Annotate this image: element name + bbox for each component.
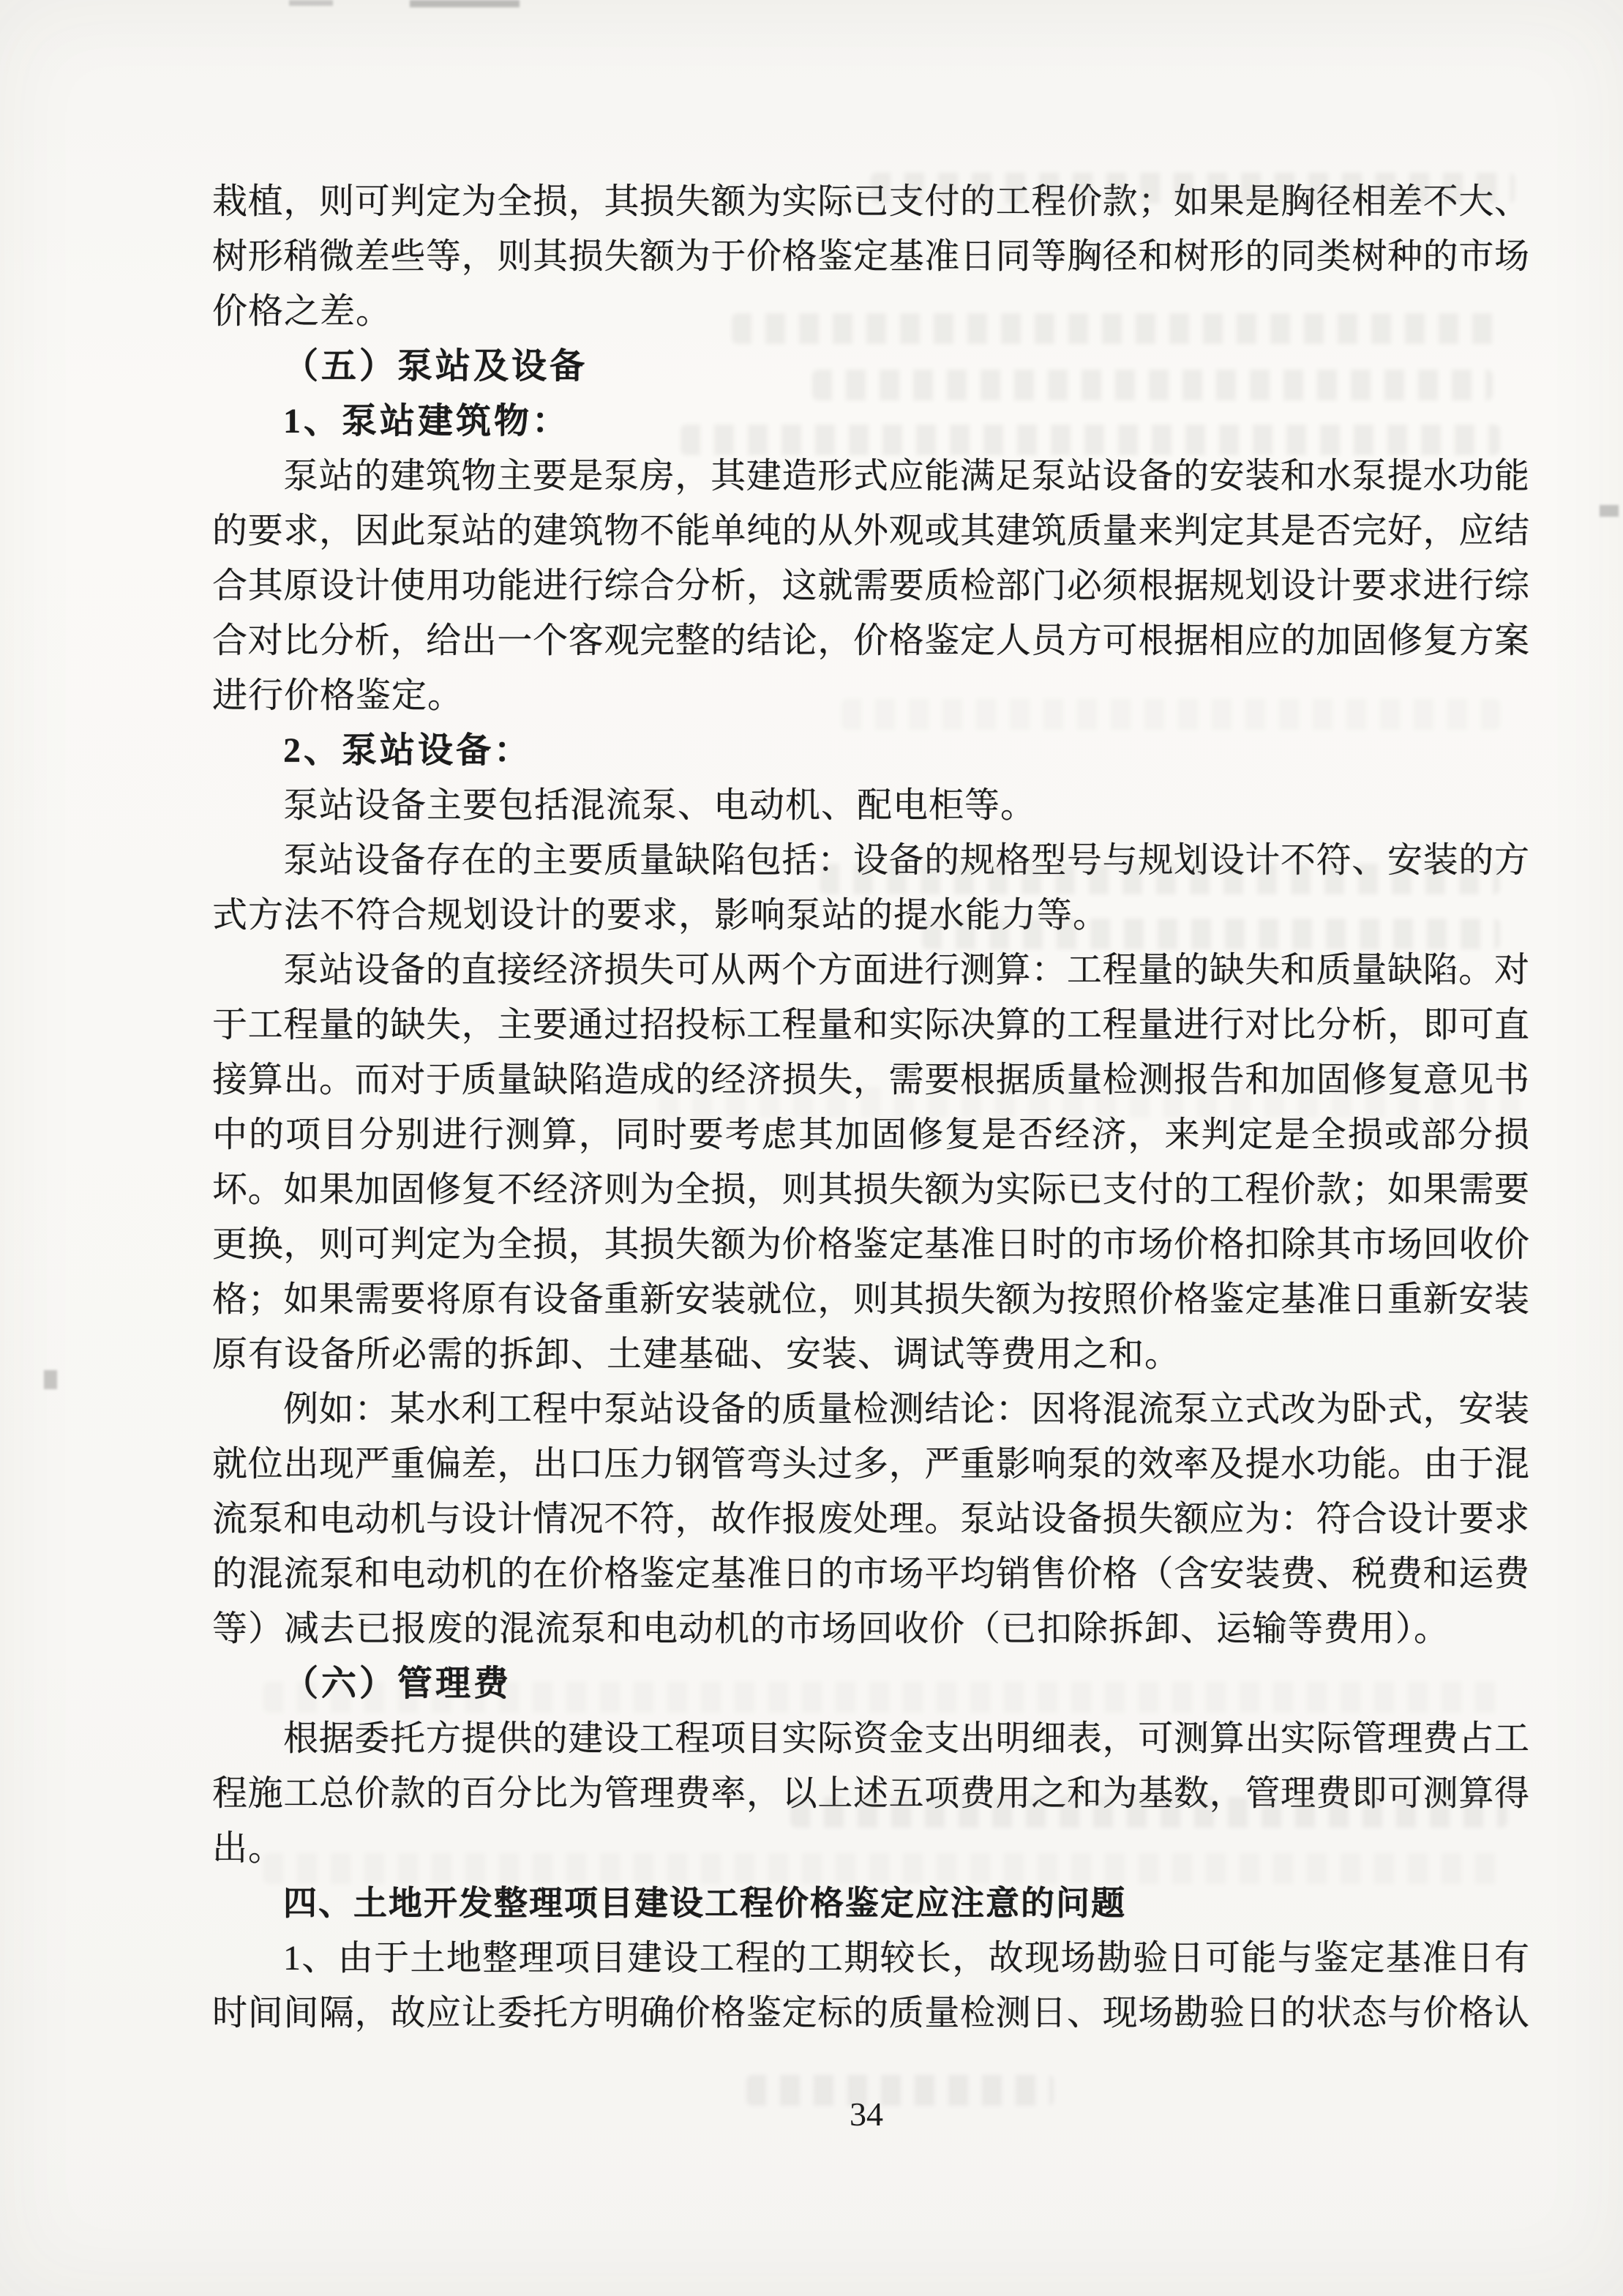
document-page: 栽植，则可判定为全损，其损失额为实际已支付的工程价款；如果是胸径相差不大、树形稍… (0, 0, 1623, 2296)
scan-speck (410, 0, 520, 7)
text-line: 坏。如果加固修复不经济则为全损，则其损失额为实际已支付的工程价款；如果需要 (212, 1162, 1529, 1217)
text-line: 更换，则可判定为全损，其损失额为价格鉴定基准日时的市场价格扣除其市场回收价 (212, 1217, 1529, 1272)
text-line: 中的项目分别进行测算，同时要考虑其加固修复是否经济，来判定是全损或部分损 (212, 1107, 1529, 1162)
text-line: 接算出。而对于质量缺陷造成的经济损失，需要根据质量检测报告和加固修复意见书 (212, 1052, 1529, 1107)
page-number: 34 (0, 2095, 1623, 2134)
text-line: 的要求，因此泵站的建筑物不能单纯的从外观或其建筑质量来判定其是否完好，应结 (212, 504, 1529, 558)
text-line: 栽植，则可判定为全损，其损失额为实际已支付的工程价款；如果是胸径相差不大、 (212, 174, 1529, 229)
text-line: 泵站的建筑物主要是泵房，其建造形式应能满足泵站设备的安装和水泵提水功能 (212, 449, 1529, 504)
text-line: 于工程量的缺失，主要通过招投标工程量和实际决算的工程量进行对比分析，即可直 (212, 998, 1529, 1052)
text-line: 的混流泵和电动机的在价格鉴定基准日的市场平均销售价格（含安装费、税费和运费 (212, 1547, 1529, 1601)
text-line: 价格之差。 (212, 284, 1529, 339)
scan-speck (1600, 505, 1619, 517)
section-heading: 1、泵站建筑物： (212, 394, 1529, 449)
text-line: 进行价格鉴定。 (212, 668, 1529, 723)
text-line: 合对比分析，给出一个客观完整的结论，价格鉴定人员方可根据相应的加固修复方案 (212, 613, 1529, 668)
text-line: 程施工总价款的百分比为管理费率，以上述五项费用之和为基数，管理费即可测算得 (212, 1766, 1529, 1821)
text-line: 式方法不符合规划设计的要求，影响泵站的提水能力等。 (212, 888, 1529, 943)
text-line: 树形稍微差些等，则其损失额为于价格鉴定基准日同等胸径和树形的同类树种的市场 (212, 229, 1529, 284)
section-heading: （五）泵站及设备 (212, 339, 1529, 394)
text-line: 1、由于土地整理项目建设工程的工期较长，故现场勘验日可能与鉴定基准日有 (212, 1931, 1529, 1986)
text-line: 泵站设备存在的主要质量缺陷包括：设备的规格型号与规划设计不符、安装的方 (212, 833, 1529, 888)
text-line: 泵站设备的直接经济损失可从两个方面进行测算：工程量的缺失和质量缺陷。对 (212, 943, 1529, 998)
text-line: 等）减去已报废的混流泵和电动机的市场回收价（已扣除拆卸、运输等费用）。 (212, 1601, 1529, 1656)
text-line: 时间间隔，故应让委托方明确价格鉴定标的质量检测日、现场勘验日的状态与价格认 (212, 1986, 1529, 2041)
section-heading: 2、泵站设备： (212, 723, 1529, 778)
text-line: 格；如果需要将原有设备重新安装就位，则其损失额为按照价格鉴定基准日重新安装 (212, 1272, 1529, 1327)
text-line: 流泵和电动机与设计情况不符，故作报废处理。泵站设备损失额应为：符合设计要求 (212, 1492, 1529, 1547)
text-line: 出。 (212, 1821, 1529, 1876)
text-line: 合其原设计使用功能进行综合分析，这就需要质检部门必须根据规划设计要求进行综 (212, 558, 1529, 613)
text-block: 栽植，则可判定为全损，其损失额为实际已支付的工程价款；如果是胸径相差不大、树形稍… (212, 174, 1529, 2041)
text-line: 原有设备所必需的拆卸、土建基础、安装、调试等费用之和。 (212, 1327, 1529, 1382)
text-line: 根据委托方提供的建设工程项目实际资金支出明细表，可测算出实际管理费占工 (212, 1711, 1529, 1766)
text-line: 泵站设备主要包括混流泵、电动机、配电柜等。 (212, 778, 1529, 833)
text-line: 例如：某水利工程中泵站设备的质量检测结论：因将混流泵立式改为卧式，安装 (212, 1382, 1529, 1437)
scan-speck (289, 0, 333, 6)
text-line: 就位出现严重偏差，出口压力钢管弯头过多，严重影响泵的效率及提水功能。由于混 (212, 1437, 1529, 1492)
section-heading: （六）管理费 (212, 1656, 1529, 1711)
section-heading: 四、土地开发整理项目建设工程价格鉴定应注意的问题 (212, 1876, 1529, 1931)
scan-speck (44, 1370, 57, 1389)
